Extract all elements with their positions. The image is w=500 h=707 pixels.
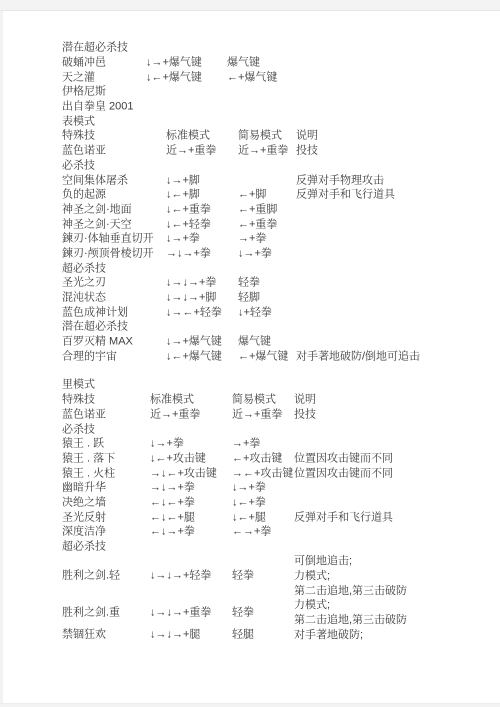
move-note: 位置因攻击键而不同: [294, 452, 393, 467]
section-label: 潜在超必杀技: [62, 41, 128, 56]
standard-mode-command: ↓→+脚: [166, 173, 200, 188]
standard-mode-command: ↓→+爆气键: [146, 56, 202, 71]
section-label: 特殊技: [62, 129, 95, 144]
section-label-row: 超必杀技: [3, 540, 500, 555]
section-label: 里模式: [62, 378, 95, 393]
move-note: 投技: [296, 144, 318, 159]
move-name: 幽暗升华: [62, 481, 106, 496]
easy-mode-command: 轻拳: [232, 606, 254, 621]
table-header-row: 特殊技标准模式简易模式说明: [3, 129, 500, 144]
easy-mode-command: ↓→+拳: [238, 247, 272, 262]
easy-mode-command: ←→+拳: [232, 525, 271, 540]
move-name: 蓝色诺亚: [62, 407, 106, 422]
move-note-line: 力模式;: [294, 569, 407, 584]
easy-mode-command: →+拳: [232, 437, 260, 452]
easy-mode-command: ↓←+腿: [232, 510, 266, 525]
move-name: 神圣之剑·地面: [62, 203, 132, 218]
move-note-lines: 可倒地追击;力模式;第二击追地,第三击破防: [294, 554, 407, 598]
move-row: 猿王 . 跃↓→+拳→+拳: [3, 437, 500, 452]
standard-mode-command: ↓←+轻拳: [166, 217, 211, 232]
move-row: 蓝色成神计划↓→←+轻拳↓+轻拳: [3, 305, 500, 320]
move-name: 空间集体屠杀: [62, 173, 128, 188]
move-name: 决绝之墙: [62, 496, 106, 511]
standard-mode-command: ↓→↓→+重拳: [150, 606, 211, 621]
move-note: 投技: [294, 407, 316, 422]
move-name: 鍊刃·颅顶骨棱切开: [62, 247, 154, 262]
move-row: 胜利之剑.轻↓→↓→+轻拳轻拳可倒地追击;力模式;第二击追地,第三击破防: [3, 554, 500, 598]
paragraph-spacer: [3, 364, 500, 378]
move-name: 合理的宇宙: [62, 349, 117, 364]
move-row: 蓝色诺亚近→+重拳近→+重拳投技: [3, 408, 500, 423]
section-label-row: 必杀技: [3, 422, 500, 437]
standard-mode-command: ↓→+拳: [166, 232, 200, 247]
easy-mode-command: ←+攻击键: [232, 452, 282, 467]
move-row: 禁锢狂欢↓→↓→+腿轻腿对手著地破防;: [3, 628, 500, 643]
move-row: 圣光反射←↓←+腿↓←+腿反弹对手和飞行道具: [3, 510, 500, 525]
easy-mode-command: 近→+重拳: [232, 407, 282, 422]
section-label-row: 潜在超必杀技: [3, 41, 500, 56]
move-name: 猿王 . 落下: [62, 452, 115, 467]
move-name: 猿王 . 跃: [62, 437, 104, 452]
move-row: 神圣之剑·天空↓←+轻拳←+重拳: [3, 217, 500, 232]
easy-mode-command: ↓←+拳: [232, 496, 266, 511]
move-name: 圣光反射: [62, 510, 106, 525]
move-row: 负的起源↓←+脚←+脚反弹对手和飞行道具: [3, 188, 500, 203]
easy-mode-command: 爆气键: [227, 56, 260, 71]
move-row: 猿王 . 落下↓←+攻击键←+攻击键位置因攻击键而不同: [3, 452, 500, 467]
move-name: 神圣之剑·天空: [62, 217, 132, 232]
easy-mode-command: 近→+重拳: [238, 144, 288, 159]
move-row: 神圣之剑·地面↓←+重拳←+重脚: [3, 203, 500, 218]
move-note-lines: 对手著地破防;: [294, 628, 363, 643]
move-note-lines: 力模式;第二击追地,第三击破防: [294, 598, 407, 627]
document-page: 潜在超必杀技破蛹冲邑↓→+爆气键爆气键天之灌↓←+爆气键←+爆气键伊格尼斯出自拳…: [3, 11, 500, 704]
standard-mode-command: ↓→+爆气键: [166, 335, 222, 350]
table-header-row: 特殊技标准模式简易模式说明: [3, 393, 500, 408]
move-name: 破蛹冲邑: [62, 56, 106, 71]
easy-mode-command: 简易模式: [238, 129, 282, 144]
section-label-row: 超必杀技: [3, 261, 500, 276]
easy-mode-command: 轻拳: [238, 276, 260, 291]
move-note: 反弹对手和飞行道具: [294, 510, 393, 525]
move-name: 深度洁净: [62, 525, 106, 540]
easy-mode-command: 轻脚: [238, 291, 260, 306]
move-row: 幽暗升华→↓→+拳↓→+拳: [3, 481, 500, 496]
section-label-row: 表模式: [3, 114, 500, 129]
move-name: 蓝色诺亚: [62, 144, 106, 159]
move-row: 鍊刃·体轴垂直切开↓→+拳→+拳: [3, 232, 500, 247]
easy-mode-command: ←+爆气键: [227, 70, 277, 85]
easy-mode-command: ↓→+拳: [232, 481, 266, 496]
section-label-row: 里模式: [3, 378, 500, 393]
move-note-line: 对手著地破防;: [294, 628, 363, 643]
move-row: 混沌状态↓→↓→+脚轻脚: [3, 291, 500, 306]
standard-mode-command: ↓→←+轻拳: [166, 305, 222, 320]
section-label: 必杀技: [62, 158, 95, 173]
move-row: 蓝色诺亚近→+重拳近→+重拳投技: [3, 144, 500, 159]
section-label: 超必杀技: [62, 261, 106, 276]
move-name: 蓝色成神计划: [62, 305, 128, 320]
easy-mode-command: ←+重脚: [238, 203, 277, 218]
move-row: 破蛹冲邑↓→+爆气键爆气键: [3, 56, 500, 71]
page-bottom-margin: [0, 703, 500, 707]
move-note-line: 第二击追地,第三击破防: [294, 584, 407, 599]
move-name: 禁锢狂欢: [62, 628, 106, 643]
move-row: 胜利之剑.重↓→↓→+重拳轻拳力模式;第二击追地,第三击破防: [3, 598, 500, 627]
section-label: 必杀技: [62, 422, 95, 437]
easy-mode-command: 轻腿: [232, 628, 254, 643]
section-label-row: 伊格尼斯: [3, 85, 500, 100]
standard-mode-command: →↓→+拳: [150, 481, 195, 496]
standard-mode-command: →↓←+攻击键: [150, 466, 217, 481]
move-name: 圣光之刃: [62, 276, 106, 291]
standard-mode-command: ←↓←+拳: [150, 496, 195, 511]
section-label-row: 出自拳皇 2001: [3, 100, 500, 115]
standard-mode-command: 标准模式: [150, 393, 194, 408]
move-name: 鍊刃·体轴垂直切开: [62, 232, 154, 247]
move-row: 鍊刃·颅顶骨棱切开→↓→+拳↓→+拳: [3, 247, 500, 262]
easy-mode-command: ←+脚: [238, 188, 266, 203]
move-name: 猿王 . 火柱: [62, 466, 115, 481]
move-row: 决绝之墙←↓←+拳↓←+拳: [3, 496, 500, 511]
easy-mode-command: ←+重拳: [238, 217, 277, 232]
standard-mode-command: ↓←+攻击键: [150, 452, 206, 467]
standard-mode-command: ↓→+拳: [150, 437, 184, 452]
standard-mode-command: ↓←+脚: [166, 188, 200, 203]
move-name: 胜利之剑.重: [62, 606, 120, 621]
standard-mode-command: ←↓←+腿: [150, 510, 195, 525]
move-note: 说明: [296, 129, 318, 144]
easy-mode-command: →←+攻击键: [232, 466, 293, 481]
standard-mode-command: ↓→↓→+腿: [150, 628, 200, 643]
easy-mode-command: ↓+轻拳: [238, 305, 272, 320]
easy-mode-command: 简易模式: [232, 393, 276, 408]
move-note: 对手著地破防/倒地可追击: [296, 349, 420, 364]
standard-mode-command: ←↓→+拳: [150, 525, 195, 540]
move-name: 混沌状态: [62, 291, 106, 306]
easy-mode-command: 爆气键: [238, 335, 271, 350]
move-row: 圣光之刃↓→↓→+拳轻拳: [3, 276, 500, 291]
move-note: 反弹对手物理攻击: [296, 173, 384, 188]
standard-mode-command: 近→+重拳: [166, 144, 216, 159]
easy-mode-command: →+拳: [238, 232, 266, 247]
move-row: 深度洁净←↓→+拳←→+拳: [3, 525, 500, 540]
move-row: 空间集体屠杀↓→+脚反弹对手物理攻击: [3, 173, 500, 188]
standard-mode-command: 近→+重拳: [150, 407, 200, 422]
standard-mode-command: ↓←+重拳: [166, 203, 211, 218]
screenshot-root: { "page": { "background_color": "#f2f2f3…: [0, 0, 500, 707]
move-name: 百罗灭精 MAX: [62, 335, 133, 350]
standard-mode-command: ↓→↓→+轻拳: [150, 569, 211, 584]
page-top-margin: [0, 0, 500, 11]
standard-mode-command: ↓→↓→+拳: [166, 276, 216, 291]
move-name: 天之灌: [62, 70, 95, 85]
move-row: 百罗灭精 MAX↓→+爆气键爆气键: [3, 335, 500, 350]
move-note: 位置因攻击键而不同: [294, 466, 393, 481]
section-label: 潜在超必杀技: [62, 320, 128, 335]
section-label: 特殊技: [62, 393, 95, 408]
move-name: 负的起源: [62, 188, 106, 203]
move-row: 天之灌↓←+爆气键←+爆气键: [3, 70, 500, 85]
document-content: 潜在超必杀技破蛹冲邑↓→+爆气键爆气键天之灌↓←+爆气键←+爆气键伊格尼斯出自拳…: [3, 41, 500, 643]
move-note-line: 力模式;: [294, 598, 407, 613]
easy-mode-command: 轻拳: [232, 569, 254, 584]
standard-mode-command: →↓→+拳: [166, 247, 211, 262]
section-label-row: 潜在超必杀技: [3, 320, 500, 335]
section-label: 出自拳皇 2001: [62, 100, 134, 115]
standard-mode-command: 标准模式: [166, 129, 210, 144]
standard-mode-command: ↓→↓→+脚: [166, 291, 216, 306]
move-row: 猿王 . 火柱→↓←+攻击键→←+攻击键位置因攻击键而不同: [3, 466, 500, 481]
section-label: 表模式: [62, 114, 95, 129]
move-note: 说明: [294, 393, 316, 408]
section-label: 超必杀技: [62, 540, 106, 555]
standard-mode-command: ↓←+爆气键: [146, 70, 202, 85]
section-label-row: 必杀技: [3, 159, 500, 174]
move-name: 胜利之剑.轻: [62, 569, 120, 584]
standard-mode-command: ↓←+爆气键: [166, 349, 222, 364]
easy-mode-command: ←+爆气键: [238, 349, 288, 364]
move-row: 合理的宇宙↓←+爆气键←+爆气键对手著地破防/倒地可追击: [3, 349, 500, 364]
section-label: 伊格尼斯: [62, 85, 106, 100]
move-note-line: 第二击追地,第三击破防: [294, 613, 407, 628]
move-note: 反弹对手和飞行道具: [296, 188, 395, 203]
move-note-line: 可倒地追击;: [294, 554, 407, 569]
